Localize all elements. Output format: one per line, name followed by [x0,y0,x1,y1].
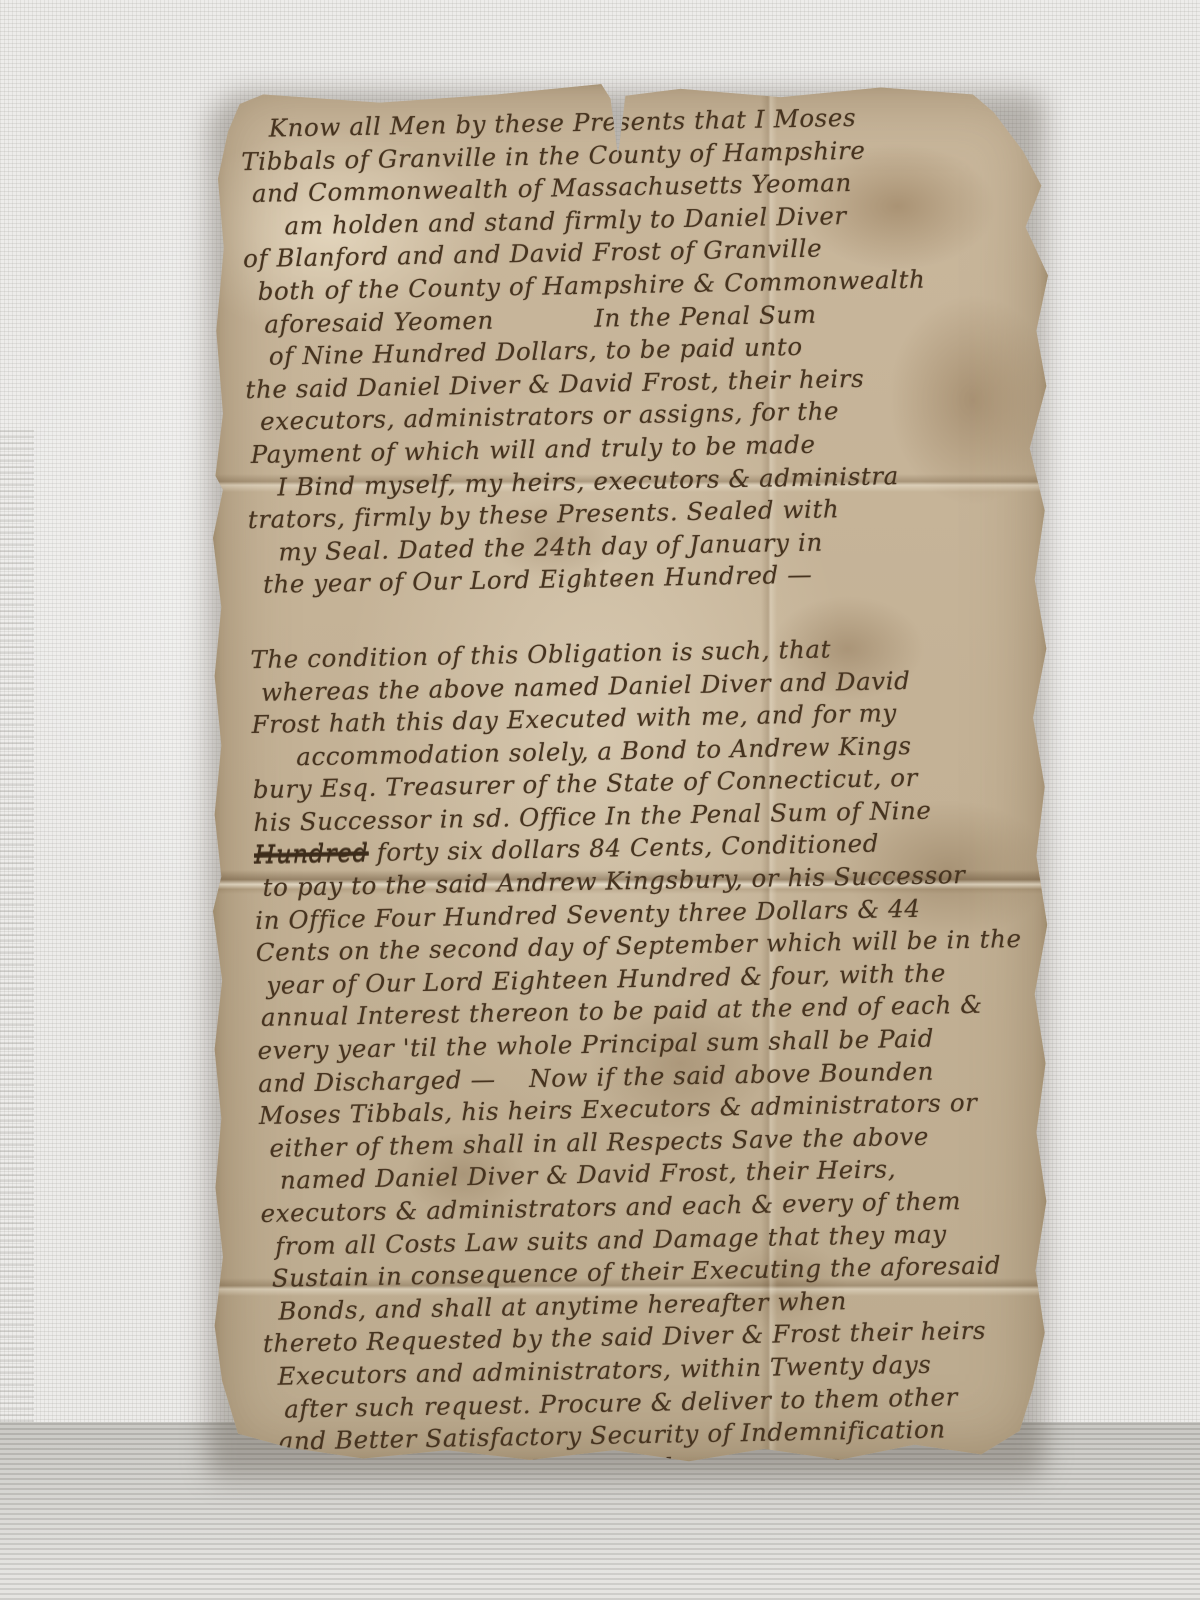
document-paper: Know all Men by these Presents that I Mo… [213,82,1048,1464]
manuscript-text: Know all Men by these Presents that I Mo… [240,99,1034,1491]
fabric-left-band [0,430,34,1440]
struck-word: Hundred [254,838,369,869]
